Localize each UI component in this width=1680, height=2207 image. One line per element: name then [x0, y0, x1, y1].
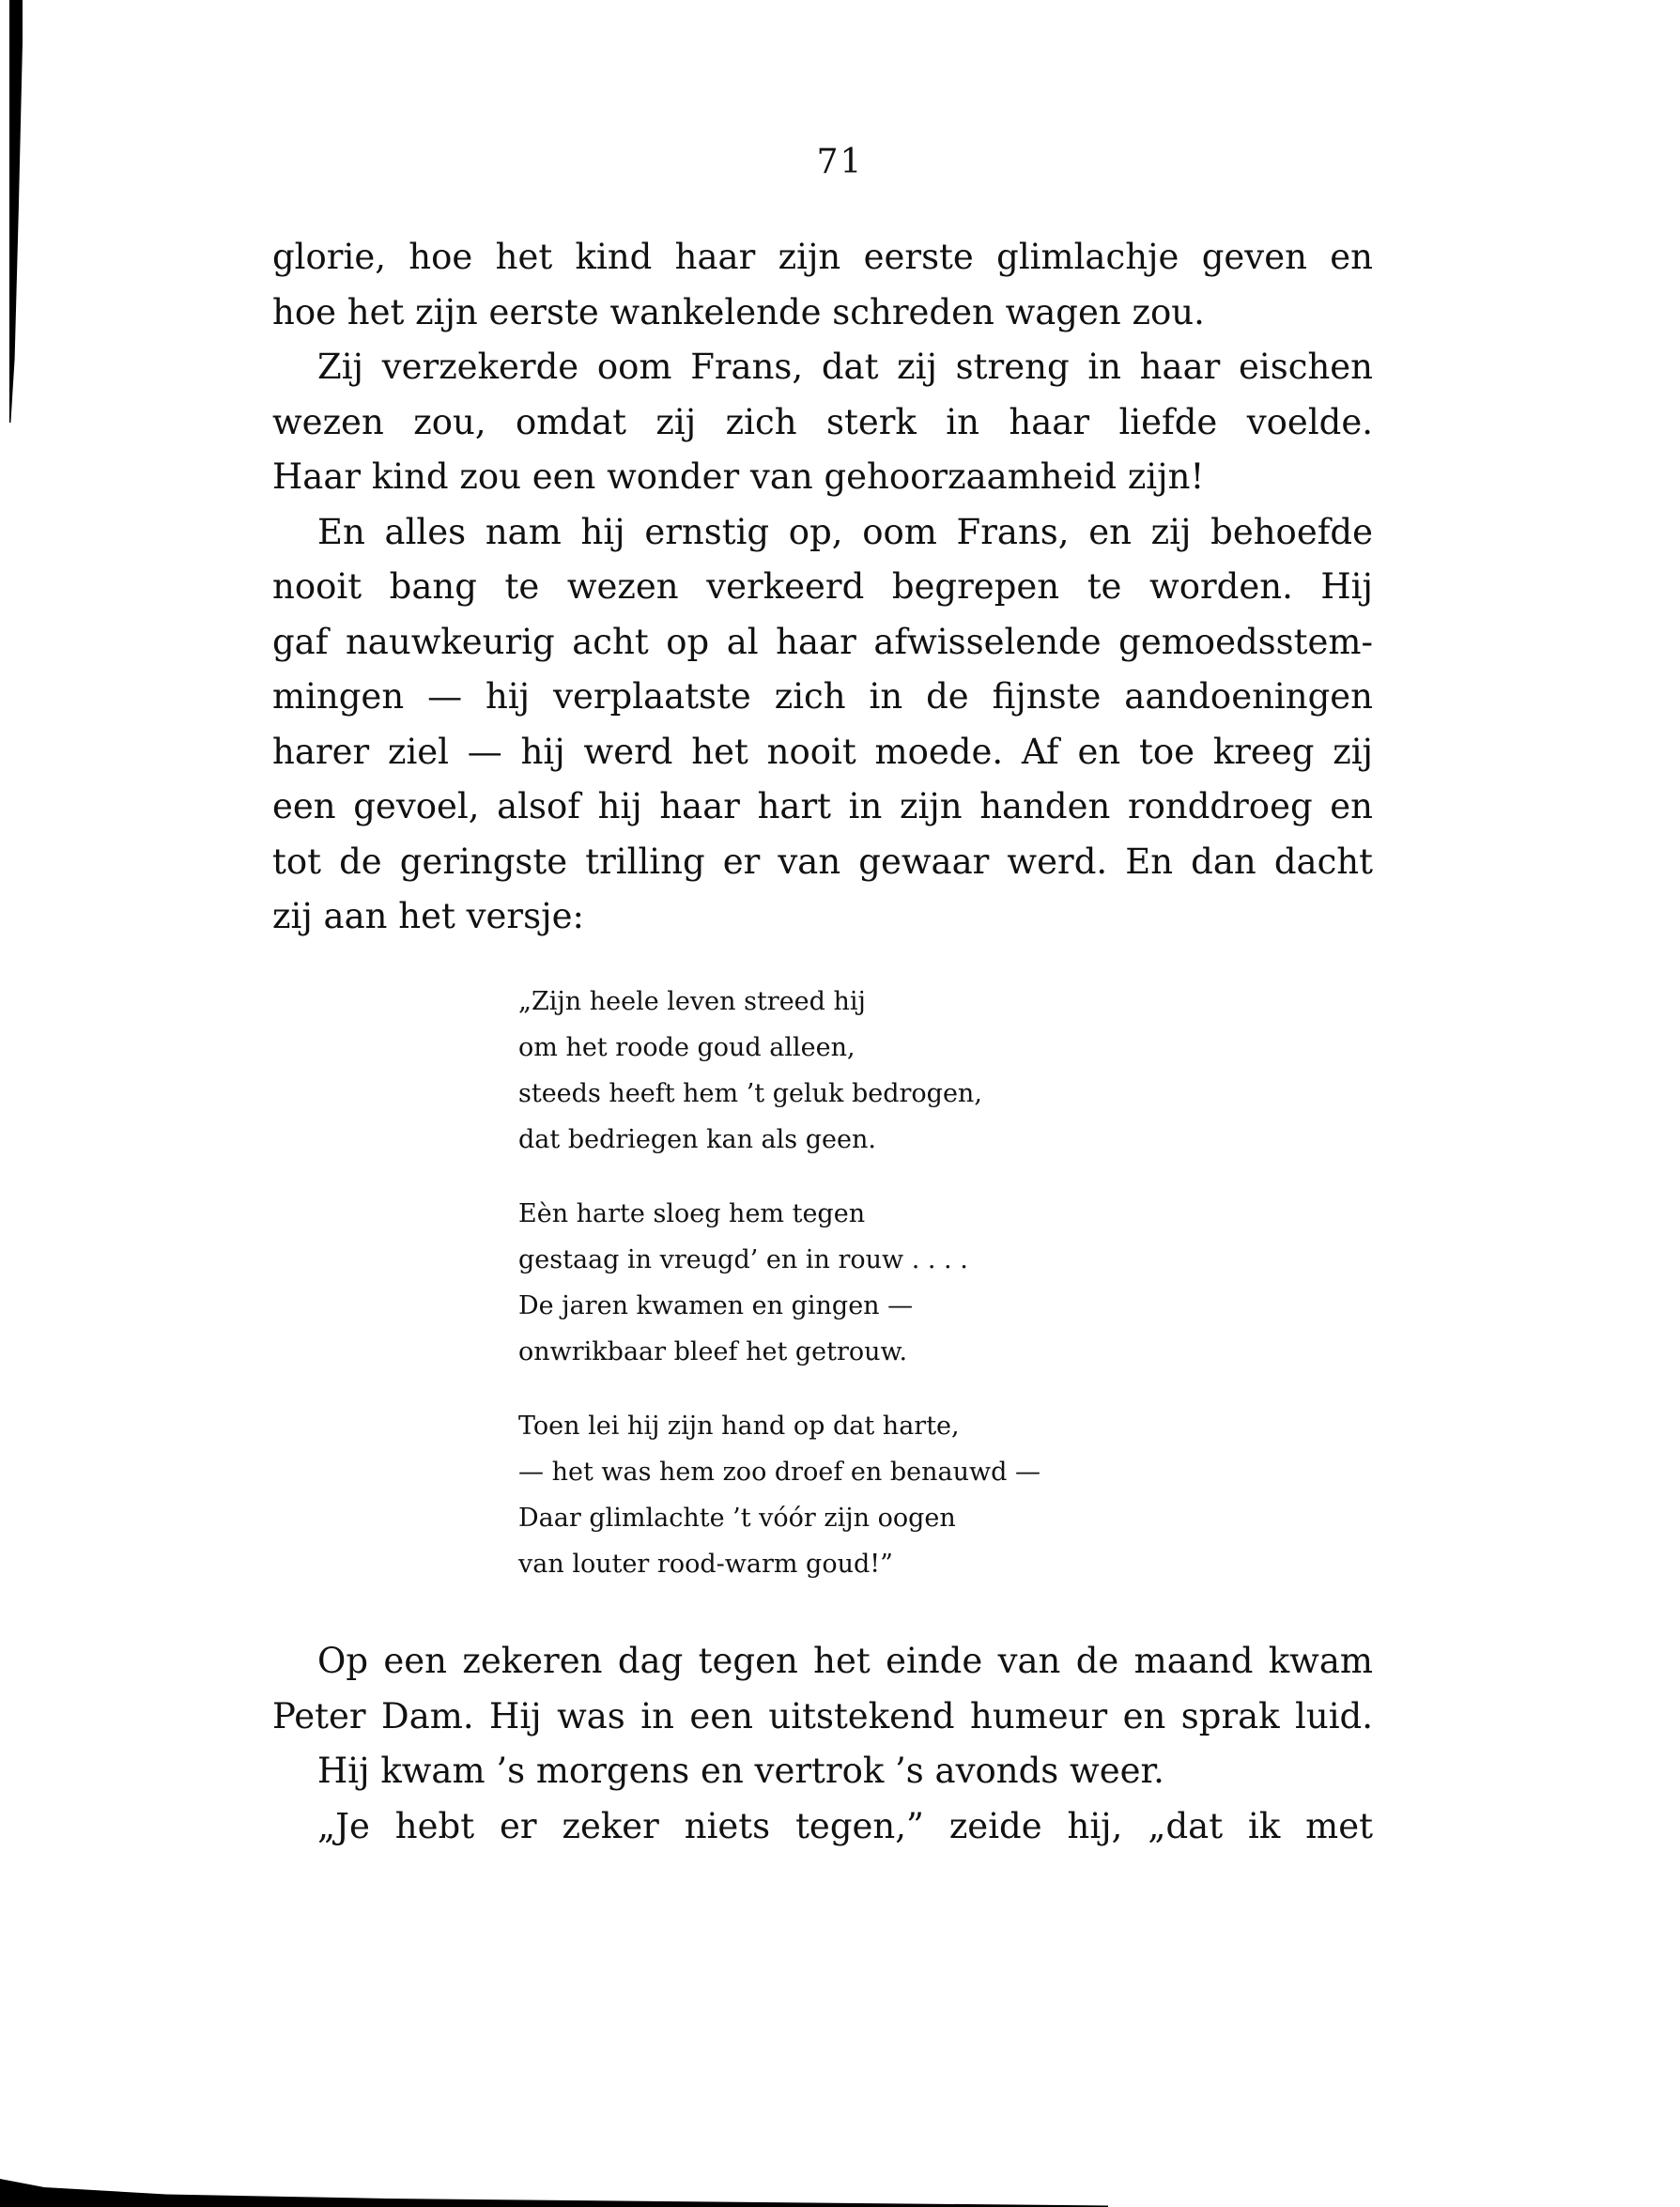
text-line: nooit bang te wezen verkeerd begrepen te…	[272, 560, 1373, 615]
paragraph: Op een zekeren dag tegen het einde van d…	[272, 1634, 1373, 1744]
text-line: „Je hebt er zeker niets tegen,” zeide hi…	[272, 1799, 1373, 1855]
text-line: harer ziel — hij werd het nooit moede. A…	[272, 725, 1373, 780]
poem-stanza: „Zijn heele leven streed hij om het rood…	[518, 979, 1040, 1163]
scan-edge-bottom	[0, 2179, 1108, 2207]
poem-line: Toen lei hij zijn hand op dat harte,	[518, 1403, 1040, 1449]
poem-line: Daar glimlachte ’t vóór zijn oogen	[518, 1495, 1040, 1541]
text-line: Haar kind zou een wonder van gehoorzaamh…	[272, 450, 1373, 505]
poem-line: gestaag in vreugd’ en in rouw . . . .	[518, 1237, 1040, 1283]
poem-line: onwrikbaar bleef het getrouw.	[518, 1329, 1040, 1375]
paragraph: glorie, hoe het kind haar zijn eerste gl…	[272, 230, 1373, 340]
scan-edge-left	[9, 0, 23, 423]
text-line: gaf nauwkeurig acht op al haar afwissele…	[272, 615, 1373, 671]
text-line: Zij verzekerde oom Frans, dat zij streng…	[272, 340, 1373, 395]
poem-line: van louter rood-warm goud!”	[518, 1541, 1040, 1587]
poem-line: om het roode goud alleen,	[518, 1025, 1040, 1071]
paragraph: En alles nam hij ernstig op, oom Frans, …	[272, 505, 1373, 945]
poem-stanza: Eèn harte sloeg hem tegen gestaag in vre…	[518, 1191, 1040, 1375]
paragraph: Zij verzekerde oom Frans, dat zij streng…	[272, 340, 1373, 505]
poem-line: steeds heeft hem ’t geluk bedrogen,	[518, 1071, 1040, 1117]
poem-line: De jaren kwamen en gingen —	[518, 1283, 1040, 1329]
text-line: mingen — hij verplaatste zich in de fijn…	[272, 670, 1373, 725]
body-text-bottom: Op een zekeren dag tegen het einde van d…	[272, 1634, 1373, 1854]
poem-line: Eèn harte sloeg hem tegen	[518, 1191, 1040, 1237]
text-line: hoe het zijn eerste wankelende schreden …	[272, 286, 1373, 341]
poem-line: dat bedriegen kan als geen.	[518, 1117, 1040, 1163]
poem-line: „Zijn heele leven streed hij	[518, 979, 1040, 1025]
poem: „Zijn heele leven streed hij om het rood…	[518, 979, 1040, 1587]
text-line: En alles nam hij ernstig op, oom Frans, …	[272, 505, 1373, 561]
text-line: Op een zekeren dag tegen het einde van d…	[272, 1634, 1373, 1690]
text-line: zij aan het versje:	[272, 889, 1373, 945]
text-line: een gevoel, alsof hij haar hart in zijn …	[272, 779, 1373, 835]
poem-line: — het was hem zoo droef en benauwd —	[518, 1449, 1040, 1495]
text-line: glorie, hoe het kind haar zijn eerste gl…	[272, 230, 1373, 286]
text-line: tot de geringste trilling er van gewaar …	[272, 835, 1373, 890]
paragraph: Hij kwam ’s morgens en vertrok ’s avonds…	[272, 1744, 1373, 1799]
text-line: Hij kwam ’s morgens en vertrok ’s avonds…	[272, 1744, 1373, 1799]
text-line: Peter Dam. Hij was in een uitstekend hum…	[272, 1690, 1373, 1745]
poem-stanza: Toen lei hij zijn hand op dat harte, — h…	[518, 1403, 1040, 1587]
text-line: wezen zou, omdat zij zich sterk in haar …	[272, 395, 1373, 451]
body-text-top: glorie, hoe het kind haar zijn eerste gl…	[272, 230, 1373, 945]
paragraph: „Je hebt er zeker niets tegen,” zeide hi…	[272, 1799, 1373, 1855]
page-number: 71	[0, 143, 1680, 181]
